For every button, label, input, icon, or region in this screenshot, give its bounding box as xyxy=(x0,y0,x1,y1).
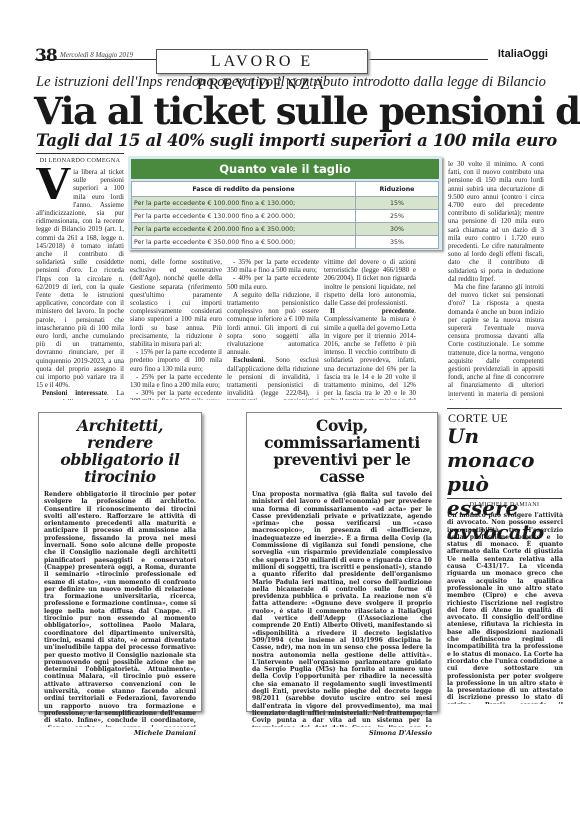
article-column-1: Via libera al ticket sulle pensioni supe… xyxy=(36,168,124,400)
author-signature: Michele Damiani xyxy=(44,729,196,737)
article-column-5: le 30 volte il minimo. A conti fatti, co… xyxy=(448,160,544,400)
subheading: Esclusioni xyxy=(233,356,263,364)
article-subhead: Tagli dal 15 al 40% sugli importi superi… xyxy=(36,131,552,150)
table-header-fascia: Fasce di reddito da pensione xyxy=(132,182,356,197)
dropcap: V xyxy=(36,168,70,202)
corte-body: Un monaco può svolgere l'attività di avv… xyxy=(447,512,563,704)
list-item: - 30% per la parte eccedente 200 mila e … xyxy=(130,389,222,400)
paragraph: le 30 volte il minimo. A conti fatti, co… xyxy=(448,160,544,283)
cell-fascia: Per la parte eccedente € 130.000 fino a … xyxy=(132,210,356,223)
title-line: Covip, commissariamenti xyxy=(252,417,432,451)
article-column-2: nomi, delle forme sostitutive, esclusive… xyxy=(130,258,222,400)
section-label: LAVORO E PREVIDENZA xyxy=(156,49,368,74)
table-row: Per la parte eccedente € 130.000 fino a … xyxy=(132,210,439,223)
newspaper-logo: ItaliaOggi xyxy=(440,48,548,60)
table-row: Per la parte eccedente € 100.000 fino a … xyxy=(132,197,439,210)
article-byline: di Leonardo Comegna xyxy=(36,153,124,164)
author-signature: Simona D'Alessio xyxy=(252,729,432,737)
issue-date: Mercoledì 8 Maggio 2019 xyxy=(60,51,133,59)
cell-riduzione: 30% xyxy=(356,223,439,236)
paragraph: . Complessivamente la misura è simile a … xyxy=(324,307,416,400)
subheading: Pensioni interessate xyxy=(42,389,107,397)
box-title: Architetti, rendere obbligatorio il tiro… xyxy=(44,417,196,485)
cell-riduzione: 15% xyxy=(356,197,439,210)
title-line: obbligatorio il tirocinio xyxy=(44,451,196,485)
table-header-riduzione: Riduzione xyxy=(356,182,439,197)
table-row: Per la parte eccedente € 200.000 fino a … xyxy=(132,223,439,236)
page-number: 38 xyxy=(35,46,57,66)
reduction-table-box: Quanto vale il taglio Fasce di reddito d… xyxy=(128,156,442,250)
cell-riduzione: 35% xyxy=(356,236,439,249)
article-column-3: - 35% per la parte eccedente 350 mila e … xyxy=(227,258,319,400)
cell-fascia: Per la parte eccedente € 200.000 fino a … xyxy=(132,223,356,236)
cell-fascia: Per la parte eccedente € 100.000 fino a … xyxy=(132,197,356,210)
paragraph: vittime del dovere o di azioni terrorist… xyxy=(324,258,416,307)
box-title: Covip, commissariamenti preventivi per l… xyxy=(252,417,432,485)
corte-rule xyxy=(447,408,562,409)
title-line: Architetti, rendere xyxy=(44,417,196,451)
paragraph: A seguito della riduzione, il trattament… xyxy=(227,291,319,357)
table-row: Per la parte eccedente € 350.000 fino a … xyxy=(132,236,439,249)
box-body: Una proposta normativa (già flaita sul t… xyxy=(252,491,432,727)
box-architetti: Architetti, rendere obbligatorio il tiro… xyxy=(38,412,202,712)
cell-riduzione: 25% xyxy=(356,210,439,223)
article-headline: Via al ticket sulle pensioni d'oro xyxy=(34,90,550,132)
paragraph: nomi, delle forme sostitutive, esclusive… xyxy=(130,258,222,348)
corte-byline: di Michele Damiani xyxy=(447,498,562,508)
cell-fascia: Per la parte eccedente € 350.000 fino a … xyxy=(132,236,356,249)
box-body: Rendere obbligatorio il tirocinio per po… xyxy=(44,491,196,727)
list-item: - 35% per la parte eccedente 350 mila e … xyxy=(227,258,319,274)
list-item: - 25% per la parte eccedente 130 mila e … xyxy=(130,373,222,389)
article-column-4: vittime del dovere o di azioni terrorist… xyxy=(324,258,416,400)
subheading: Il precedente xyxy=(330,307,414,315)
list-item: - 40% per la parte eccedente 500 mila eu… xyxy=(227,274,319,290)
reduction-table: Fasce di reddito da pensione Riduzione P… xyxy=(131,181,439,249)
box-covip: Covip, commissariamenti preventivi per l… xyxy=(246,412,438,712)
table-title: Quanto vale il taglio xyxy=(131,159,439,179)
title-line: preventivi per le casse xyxy=(252,451,432,485)
list-item: - 15% per la parte eccedente il predetto… xyxy=(130,348,222,373)
paragraph: Ma che fine faranno gli introiti del nuo… xyxy=(448,283,544,400)
